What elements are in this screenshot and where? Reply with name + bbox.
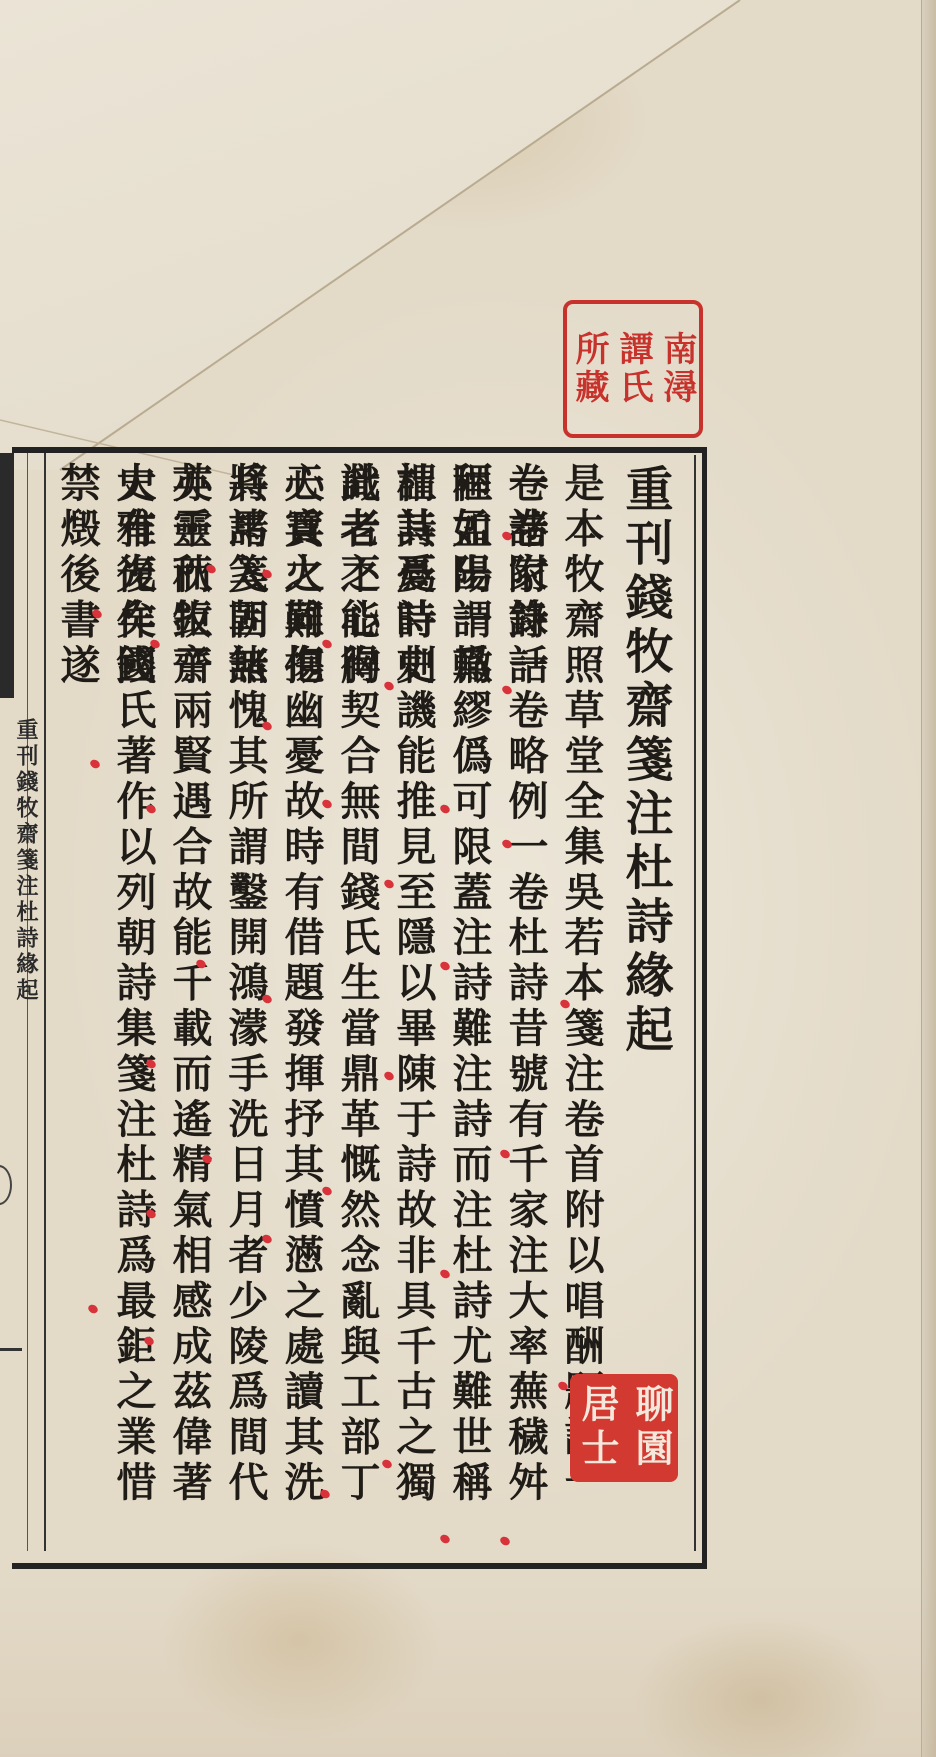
- gutter-line: [44, 453, 46, 1551]
- seal-top-column-3: 所藏: [569, 331, 609, 407]
- seal-bottom-column-1: 聊園: [629, 1384, 673, 1472]
- seal-bottom-column-2: 居士: [575, 1384, 619, 1472]
- gutter-fishtail-block: [0, 453, 14, 698]
- collector-seal-top: 南潯 譚氏 所藏: [563, 300, 703, 438]
- gutter-title: 重刊錢牧齋箋注杜詩緣起: [12, 718, 40, 1004]
- seal-top-column-1: 南潯: [657, 331, 697, 407]
- worn-bottom-edge: [0, 1560, 936, 1757]
- frame-inner-line: [694, 455, 696, 1551]
- seal-top-column-2: 譚氏: [613, 331, 653, 407]
- gutter-page-mark: [0, 1348, 22, 1351]
- collector-seal-bottom: 聊園 居士: [570, 1374, 678, 1482]
- page-right-edge: [921, 0, 936, 1757]
